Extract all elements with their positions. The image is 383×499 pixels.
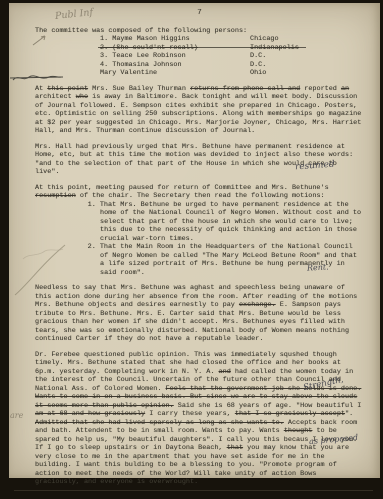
typed-text: Mrs. Sue Bailey Thurman <box>88 85 190 93</box>
member-name: 4. Thomasina Johnson <box>100 61 250 70</box>
paragraph-motions-intro: At this point, meeting paused for return… <box>35 184 364 201</box>
struck-text: that I so graciously accept <box>235 410 345 418</box>
typed-text: 2. That the Main Room in the Headquarter… <box>88 243 357 277</box>
typed-text: ". <box>345 410 353 418</box>
typewritten-content: 7 The committee was composed of the foll… <box>35 9 364 494</box>
struck-text: that <box>227 444 243 452</box>
struck-text: who <box>76 93 88 101</box>
typed-text: Said she is 68 years of age. "How beauti… <box>174 402 362 410</box>
member-name: 2. (She could'nt recall) <box>100 44 250 53</box>
member-name: 1. Mayme Mason Higgins <box>100 35 250 44</box>
struck-text: Admitted that she had lived sparsely as … <box>35 419 284 427</box>
struck-text: this point <box>47 85 88 93</box>
member-city: D.C. <box>250 52 266 60</box>
typed-text: 1. That Mrs. Bethune be urged to have pe… <box>88 201 361 243</box>
struck-text: an <box>341 85 349 93</box>
typed-text: architect <box>35 93 76 101</box>
struck-text: resumption <box>35 192 76 200</box>
typed-text: At <box>35 85 47 93</box>
typed-text: Mrs. Hall had previously urged that Mrs.… <box>35 143 353 177</box>
committee-member: Mary ValentineOhio <box>35 69 364 78</box>
paragraph-needless: Needless to say that Mrs. Bethune was ag… <box>35 284 364 344</box>
typed-text: At this point, meeting paused for return… <box>35 184 329 192</box>
committee-member: 3. Teace Lee RobinsonD.C. <box>35 52 364 61</box>
typed-text: I carry these years, <box>145 410 235 418</box>
struck-text: am at 68 and how graciously <box>35 410 145 418</box>
page-number: 7 <box>35 9 364 18</box>
typed-text: of the chair. The Secretary then read th… <box>76 192 325 200</box>
handwritten-note-are: are <box>10 411 23 420</box>
paragraph-ferebee: Dr. Ferebee questioned public opinion. T… <box>35 351 364 487</box>
member-name: Mary Valentine <box>100 69 250 78</box>
struck-text: thought <box>284 427 313 435</box>
member-city: Indianapolis <box>250 44 299 52</box>
struck-text: and <box>219 368 231 376</box>
committee-member: 2. (She could'nt recall)Indianapolis <box>35 44 364 53</box>
motion-1: 1. That Mrs. Bethune be urged to have pe… <box>35 201 364 244</box>
committee-member: 1. Mayme Mason HigginsChicago <box>35 35 364 44</box>
member-city: Ohio <box>250 69 266 77</box>
member-city: D.C. <box>250 61 266 69</box>
typed-text: reported <box>300 85 341 93</box>
struck-text: returns from phone call and <box>190 85 300 93</box>
member-city: Chicago <box>250 35 279 43</box>
paragraph-hall: Mrs. Hall had previously urged that Mrs.… <box>35 143 364 177</box>
struck-text: exchange. <box>239 301 276 309</box>
committee-section: The committee was composed of the follow… <box>35 27 364 78</box>
committee-member: 4. Thomasina JohnsonD.C. <box>35 61 364 70</box>
paragraph-thurman: At this point Mrs. Sue Bailey Thurman re… <box>35 85 364 136</box>
photo-edge-highlight <box>14 490 373 491</box>
committee-intro: The committee was composed of the follow… <box>35 27 364 36</box>
committee-list: 1. Mayme Mason HigginsChicago2. (She cou… <box>35 35 364 78</box>
paper-page: 7 The committee was composed of the foll… <box>9 3 380 478</box>
document-photo: 7 The committee was composed of the foll… <box>0 0 383 499</box>
member-name: 3. Teace Lee Robinson <box>100 52 250 61</box>
document-body: At this point Mrs. Sue Bailey Thurman re… <box>35 85 364 487</box>
motion-2: 2. That the Main Room in the Headquarter… <box>35 243 364 277</box>
